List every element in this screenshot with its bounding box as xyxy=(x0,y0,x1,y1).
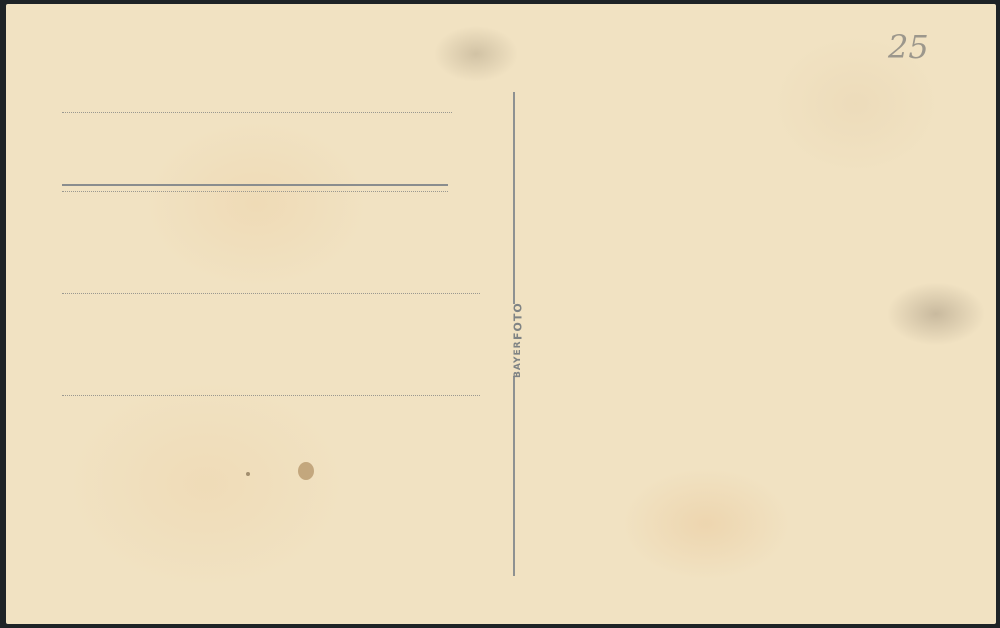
handwritten-number: 25 xyxy=(888,28,929,66)
address-rule xyxy=(62,184,448,186)
address-line-4 xyxy=(62,395,480,396)
publisher-imprint: BAYER FOTO xyxy=(498,298,538,378)
divider-line-bottom xyxy=(513,376,515,576)
imprint-maker: FOTO xyxy=(512,303,525,341)
address-line-3 xyxy=(62,293,480,294)
imprint-brand: BAYER xyxy=(513,340,523,378)
address-line-2 xyxy=(62,191,448,192)
divider-line-top xyxy=(513,92,515,304)
address-line-1 xyxy=(62,112,452,113)
stain-spot xyxy=(298,462,314,480)
stain-dot xyxy=(246,472,250,476)
